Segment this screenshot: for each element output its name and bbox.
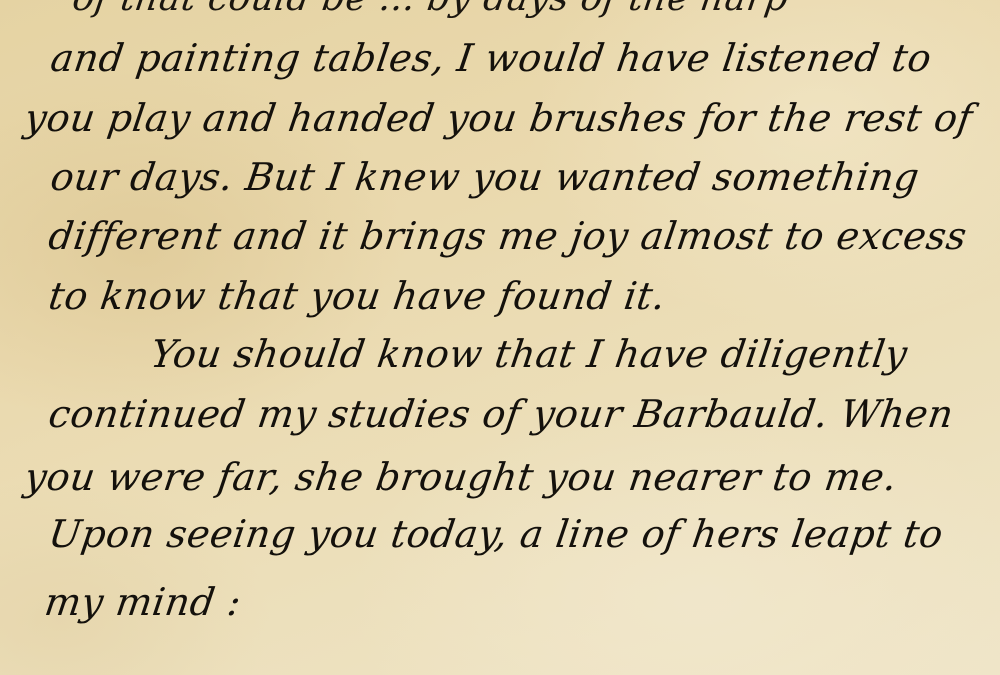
letter-line-11: my mind :	[42, 580, 244, 624]
letter-line-5: different and it brings me joy almost to…	[46, 214, 970, 258]
letter-line-10: Upon seeing you today, a line of hers le…	[46, 512, 946, 556]
letter-line-9: you were far, she brought you nearer to …	[22, 455, 900, 499]
letter-line-7-paragraph-start: You should know that I have diligently	[148, 332, 910, 376]
letter-line-6: to know that you have found it.	[46, 274, 669, 318]
letter-line-2: and painting tables, I would have listen…	[48, 36, 934, 80]
letter-page: of that could be ... by days of the harp…	[0, 0, 1000, 675]
letter-line-3: you play and handed you brushes for the …	[22, 96, 975, 140]
letter-line-1-partial: of that could be ... by days of the harp	[70, 0, 791, 19]
letter-line-4: our days. But I knew you wanted somethin…	[48, 155, 922, 199]
letter-line-8: continued my studies of your Barbauld. W…	[46, 392, 956, 436]
